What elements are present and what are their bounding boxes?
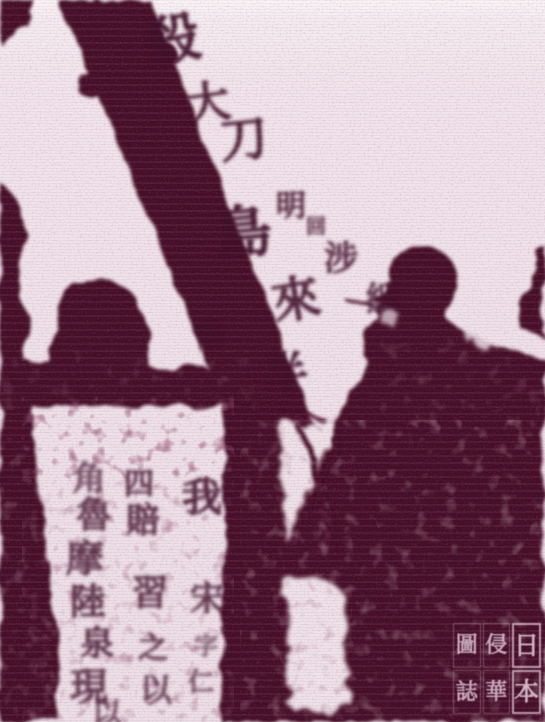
- photo-silhouette-art: [0, 0, 545, 722]
- watermark-character: 日: [512, 623, 541, 668]
- watermark-character: 圖: [453, 623, 481, 668]
- watermark-column-1: 日 本: [512, 623, 541, 714]
- historical-photograph: 殺大刀明回島涉來紙降半 角魯摩陸泉現以四賠習之以我宋字仁 圖 誌 侵 華 日 本: [0, 0, 545, 722]
- watermark-seal: 圖 誌 侵 華 日 本: [451, 621, 543, 716]
- watermark-character: 侵: [483, 623, 511, 668]
- watermark-character: 誌: [453, 670, 481, 715]
- watermark-character: 本: [512, 670, 541, 715]
- watermark-column-2: 侵 華: [483, 623, 511, 714]
- watermark-column-3: 圖 誌: [453, 623, 481, 714]
- film-grain-light: [0, 0, 545, 722]
- watermark-character: 華: [483, 670, 511, 715]
